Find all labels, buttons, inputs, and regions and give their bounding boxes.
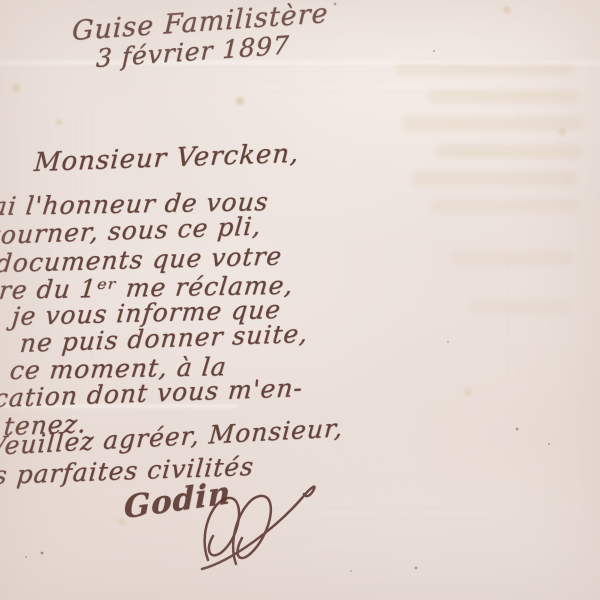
verso-show-through bbox=[412, 172, 577, 185]
verso-show-through bbox=[452, 252, 572, 265]
signature-flourish bbox=[198, 476, 326, 572]
scanned-letter-page: Guise Familistère 3 février 1897 Monsieu… bbox=[0, 0, 600, 600]
paper-stains bbox=[0, 0, 4, 4]
verso-show-through bbox=[430, 199, 580, 212]
verso-show-through bbox=[428, 90, 578, 103]
verso-show-through bbox=[436, 145, 581, 158]
salutation: Monsieur Vercken, bbox=[33, 139, 300, 178]
verso-show-through bbox=[395, 62, 575, 75]
verso-show-through bbox=[470, 300, 570, 313]
verso-show-through bbox=[402, 117, 584, 130]
